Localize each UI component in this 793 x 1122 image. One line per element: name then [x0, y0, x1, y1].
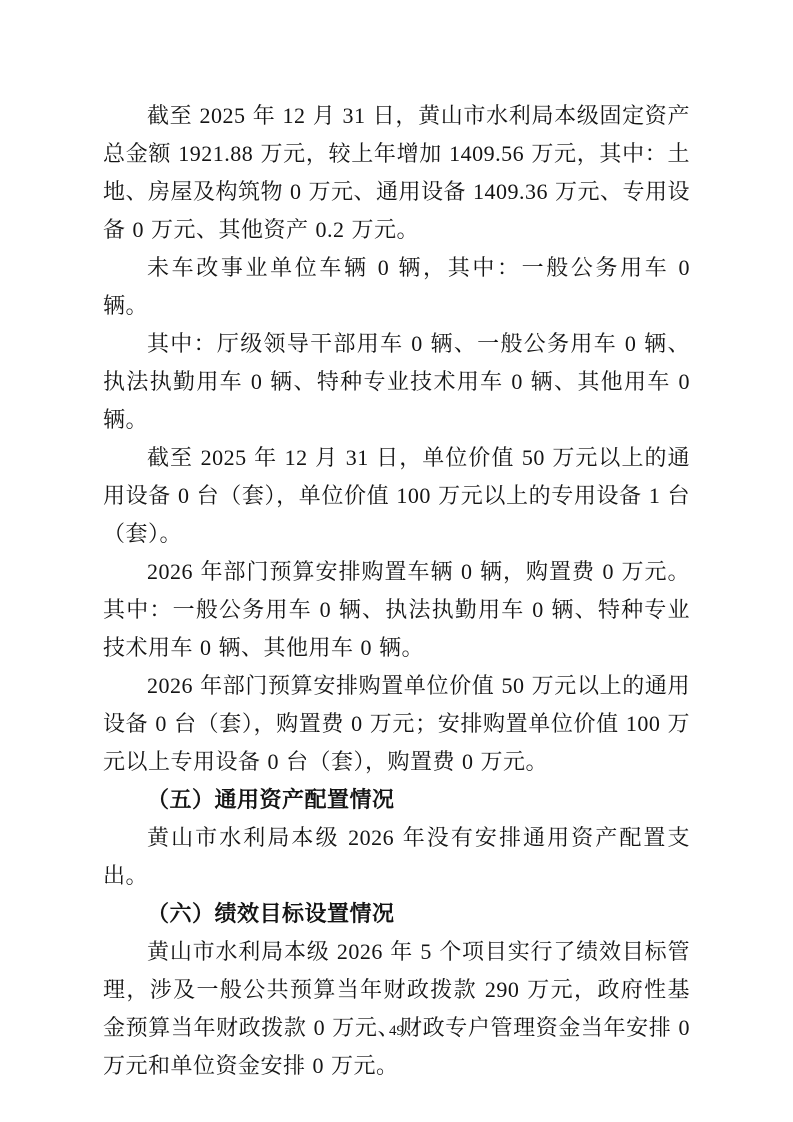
paragraph-asset-allocation: 黄山市水利局本级 2026 年没有安排通用资产配置支出。 — [103, 819, 690, 895]
paragraph-vehicle-breakdown: 其中：厅级领导干部用车 0 辆、一般公务用车 0 辆、执法执勤用车 0 辆、特种… — [103, 325, 690, 439]
paragraph-equipment-holdings: 截至 2025 年 12 月 31 日，单位价值 50 万元以上的通用设备 0 … — [103, 439, 690, 553]
paragraph-2026-vehicle-purchase: 2026 年部门预算安排购置车辆 0 辆，购置费 0 万元。其中：一般公务用车 … — [103, 553, 690, 667]
section-heading-5-asset-allocation: （五）通用资产配置情况 — [103, 781, 690, 819]
section-heading-6-performance-targets: （六）绩效目标设置情况 — [103, 895, 690, 933]
page-number: 49 — [0, 1021, 793, 1041]
document-page: 截至 2025 年 12 月 31 日，黄山市水利局本级固定资产总金额 1921… — [0, 0, 793, 1122]
document-body: 截至 2025 年 12 月 31 日，黄山市水利局本级固定资产总金额 1921… — [103, 97, 690, 1085]
paragraph-performance-targets: 黄山市水利局本级 2026 年 5 个项目实行了绩效目标管理，涉及一般公共预算当… — [103, 933, 690, 1085]
paragraph-2026-equipment-purchase: 2026 年部门预算安排购置单位价值 50 万元以上的通用设备 0 台（套），购… — [103, 667, 690, 781]
paragraph-non-reformed-vehicles: 未车改事业单位车辆 0 辆，其中：一般公务用车 0 辆。 — [103, 249, 690, 325]
paragraph-fixed-assets: 截至 2025 年 12 月 31 日，黄山市水利局本级固定资产总金额 1921… — [103, 97, 690, 249]
